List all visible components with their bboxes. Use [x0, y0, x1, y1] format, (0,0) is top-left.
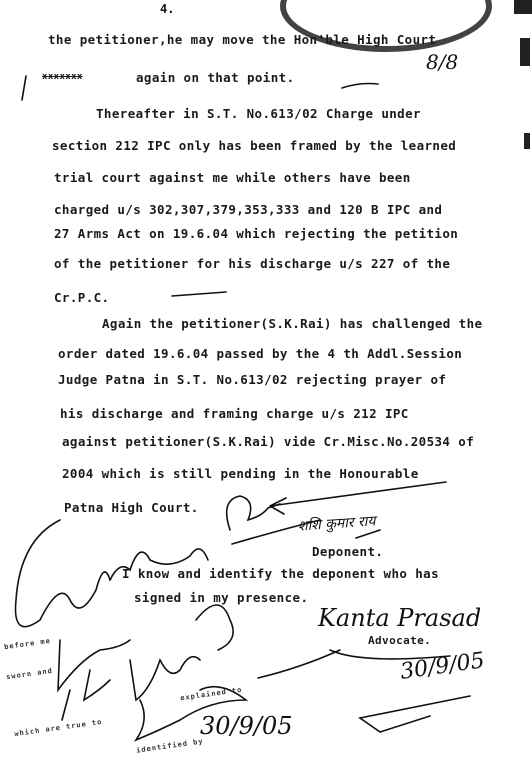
affidavit-page: 4. the petitioner,he may move the Hon'bl…: [0, 0, 532, 766]
handwriting-strokes: [0, 0, 532, 766]
